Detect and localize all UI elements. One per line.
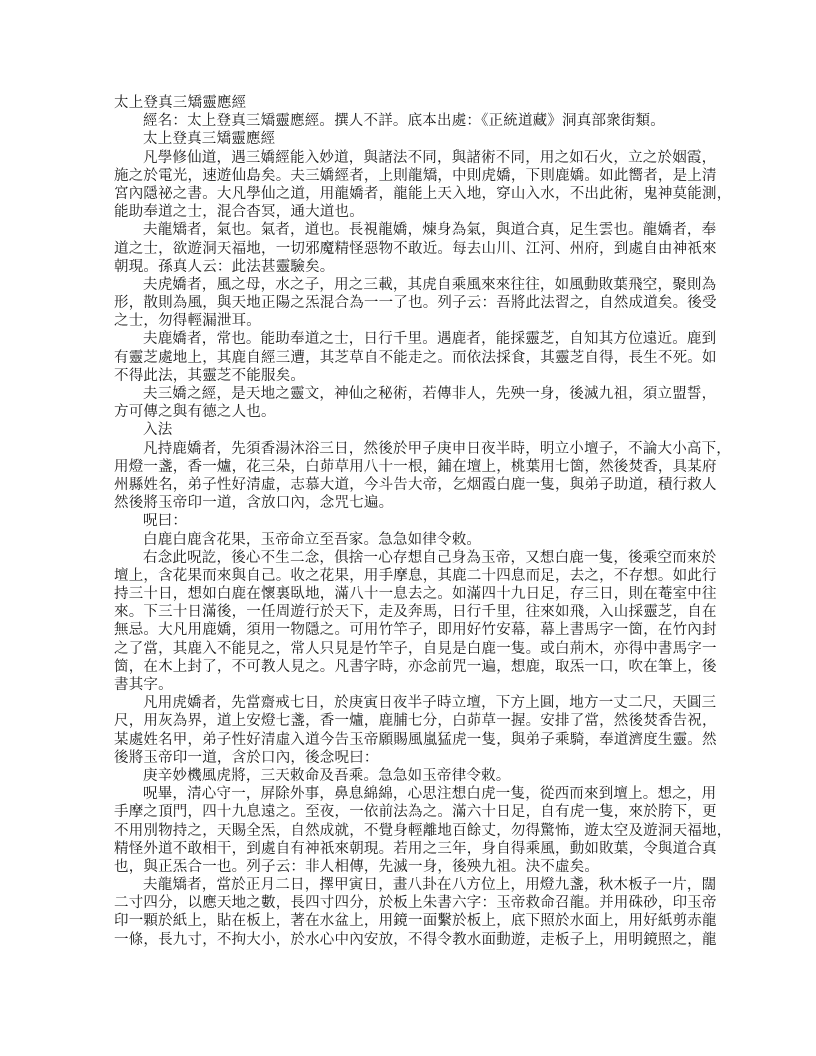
text-line: 右念此呪訖，後心不生二念，俱捨一心存想自己身為玉帝，又想白鹿一隻，後乘空而來於 xyxy=(114,549,714,567)
text-line: 庚辛妙機風虎將，三天敕命及吾乘。急急如玉帝律令敕。 xyxy=(114,767,714,785)
text-line: 凡用虎嬌者，先當齋戒七日，於庚寅日夜半子時立壇，下方上圓，地方一丈二尺，天圓三 xyxy=(114,694,714,712)
document-page: 太上登真三矯靈應經經名：太上登真三矯靈應經。撰人不詳。底本出處：《正統道藏》洞真… xyxy=(0,0,816,1056)
text-line: 之士，勿得輕漏泄耳。 xyxy=(114,312,714,330)
text-line: 不得此法，其靈芝不能服矣。 xyxy=(114,367,714,385)
document-title: 太上登真三矯靈應經 xyxy=(114,94,714,112)
text-line: 之了當，其鹿入不能見之，常人只見是竹竿子，自見是白鹿一隻。或白荊木，亦得中書馬字… xyxy=(114,640,714,658)
text-line: 書其字。 xyxy=(114,676,714,694)
text-line: 夫龍矯者，氣也。氣者，道也。長視龍嬌，煉身為氣，與道合真，足生雲也。龍嬌者，奉 xyxy=(114,221,714,239)
text-line: 形，散則為風，與天地正陽之炁混合為一一了也。列子云：吾將此法習之，自然成道矣。後… xyxy=(114,294,714,312)
text-line: 入法 xyxy=(114,421,714,439)
text-line: 某處姓名甲，弟子性好清虛入道今告玉帝願賜風嵐猛虎一隻，與弟子乘騎，奉道濟度生靈。… xyxy=(114,731,714,749)
text-line: 經名：太上登真三矯靈應經。撰人不詳。底本出處：《正統道藏》洞真部衆街類。 xyxy=(114,112,714,130)
text-line: 用燈一盞，香一爐，花三朵，白茆草用八十一根，鋪在壇上，桃葉用七箇，然後焚香，具某… xyxy=(114,458,714,476)
text-line: 然後將玉帝印一道，含放口內，念咒七遍。 xyxy=(114,494,714,512)
text-line: 無忌。大凡用鹿嬌，須用一物隱之。可用竹竿子，即用好竹安幕，幕上書馬字一箇，在竹內… xyxy=(114,621,714,639)
text-line: 施之於電光，速遊仙島矣。夫三嬌經者，上則龍矯，中則虎嬌，下則鹿嬌。如此嚮者，是上… xyxy=(114,167,714,185)
text-line: 尺，用灰為界，道上安燈七盞，香一爐，鹿脯七分，白茆草一握。安排了當，然後焚香告祝… xyxy=(114,712,714,730)
text-line: 箇，在木上封了，不可教人見之。凡書字時，亦念前咒一遍，想鹿，取炁一口，吹在筆上，… xyxy=(114,658,714,676)
text-line: 呪畢，清心守一，屏除外事，鼻息綿綿，心思注想白虎一隻，從西而來到壇上。想之，用 xyxy=(114,785,714,803)
text-line: 精怪外道不敢相干，到處自有神祇來朝現。若用之三年，身自得乘風，動如敗葉，令與道合… xyxy=(114,840,714,858)
text-line: 朝現。孫真人云：此法甚靈驗矣。 xyxy=(114,258,714,276)
text-line: 手摩之頂門，四十九息遠之。至夜，一依前法為之。滿六十日足，自有虎一隻，來於胯下，… xyxy=(114,803,714,821)
text-line: 白鹿白鹿含花果，玉帝命立至吾家。急急如律令敕。 xyxy=(114,531,714,549)
text-line: 有靈芝處地上，其鹿自經三遭，其芝草自不能走之。而依法採食，其靈芝自得，長生不死。… xyxy=(114,349,714,367)
text-line: 方可傳之與有德之人也。 xyxy=(114,403,714,421)
text-line: 印一顆於紙上，貼在板上，著在水盆上，用鏡一面繫於板上，底下照於水面上，用好紙剪赤… xyxy=(114,912,714,930)
text-line: 也，與正炁合一也。列子云：非人相傳，先滅一身，後殃九祖。決不虛矣。 xyxy=(114,858,714,876)
text-line: 能助奉道之士，混合杳冥，通大道也。 xyxy=(114,203,714,221)
text-line: 二寸四分，以應天地之數，長四寸四分，於板上朱書六字：玉帝救命召龍。并用硃砂，印玉… xyxy=(114,894,714,912)
text-line: 壇上，含花果而來與自己。收之花果，用手摩息，其鹿二十四息而足，去之，不存想。如此… xyxy=(114,567,714,585)
text-line: 宮內隱祕之書。大凡學仙之道，用龍嬌者，龍能上天入地，穿山入水，不出此術，鬼神莫能… xyxy=(114,185,714,203)
text-line: 太上登真三矯靈應經 xyxy=(114,130,714,148)
text-line: 夫龍矯者，當於正月二日，擇甲寅日，畫八卦在八方位上，用燈九盞，秋木板子一片，闊 xyxy=(114,876,714,894)
document-body: 太上登真三矯靈應經經名：太上登真三矯靈應經。撰人不詳。底本出處：《正統道藏》洞真… xyxy=(114,94,714,949)
text-line: 不用別物持之，天賜全炁，自然成就，不覺身輕離地百餘丈，勿得驚怖，遊太空及遊洞天福… xyxy=(114,822,714,840)
text-line: 道之士，欲遊洞天福地，一切邪魔精怪惡物不敢近。每去山川、江河、州府，到處自由神祇… xyxy=(114,240,714,258)
text-line: 凡持鹿嬌者，先須香湯沐浴三日，然後於甲子庚申日夜半時，明立小壇子，不論大小高下， xyxy=(114,440,714,458)
text-line: 後將玉帝印一道，含於口內，後念呪曰： xyxy=(114,749,714,767)
text-line: 來。下三十日滿後，一任周遊行於天下，走及奔馬，日行千里，往來如飛，入山採靈芝，自… xyxy=(114,603,714,621)
text-line: 一條，長九寸，不拘大小，於水心中內安放，不得令教水面動遊，走板子上，用明鏡照之，… xyxy=(114,931,714,949)
text-line: 凡學修仙道，遇三嬌經能入妙道，與諸法不同，與諸術不同，用之如石火，立之於姻霞， xyxy=(114,149,714,167)
text-line: 呪曰： xyxy=(114,512,714,530)
text-line: 州縣姓名，弟子性好清虛，志慕大道，今斗告大帝，乞烟霞白鹿一隻，與弟子助道，積行救… xyxy=(114,476,714,494)
text-line: 夫虎嬌者，風之母，水之子，用之三載，其虎自乘風來來往往，如風動敗葉飛空，聚則為 xyxy=(114,276,714,294)
text-line: 夫三嬌之經，是天地之靈文，神仙之秘術，若傳非人，先殃一身，後滅九祖，須立盟誓， xyxy=(114,385,714,403)
text-line: 夫鹿嬌者，常也。能助奉道之士，日行千里。遇鹿者，能採靈芝，自知其方位遠近。鹿到 xyxy=(114,330,714,348)
text-line: 持三十日，想如白鹿在懷裏臥地，滿八十一息去之。如滿四十九日足，存三日，則在菴室中… xyxy=(114,585,714,603)
